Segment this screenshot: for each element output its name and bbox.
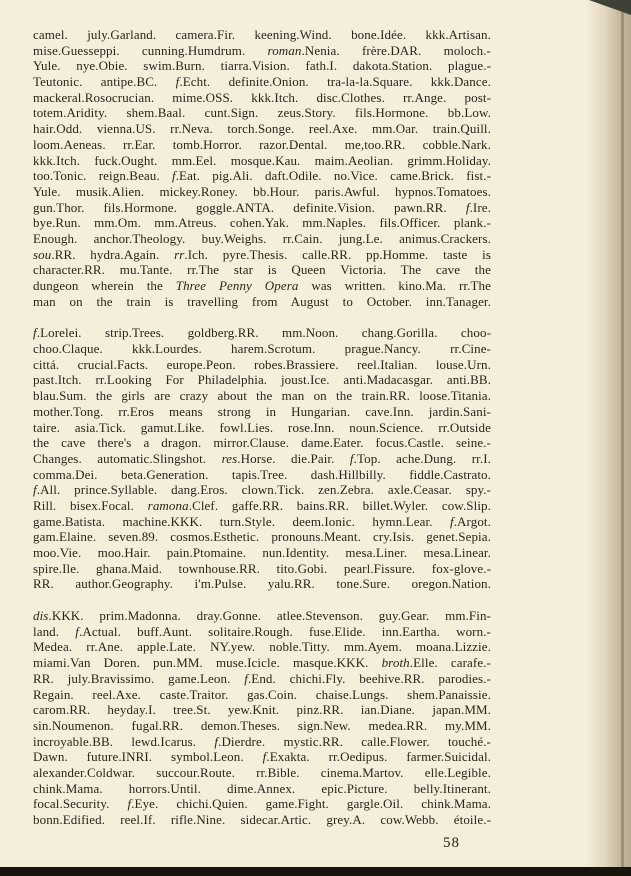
page-corner-shadow xyxy=(589,0,631,15)
paragraph-3: dis.KKK. prim.Madonna. dray.Gonne. atlee… xyxy=(33,608,491,828)
text-line: cittá. crucial.Facts. europe.Peon. robes… xyxy=(33,357,491,373)
text-line: Regain. reel.Axe. caste.Traitor. gas.Coi… xyxy=(33,687,491,703)
text-line: dungeon wherein the Three Penny Opera wa… xyxy=(33,278,491,294)
text-line: character.RR. mu.Tante. rr.The star is Q… xyxy=(33,262,491,278)
text-block: camel. july.Garland. camera.Fir. keening… xyxy=(33,27,491,844)
text-line: Dawn. future.INRI. symbol.Leon. f.Exakta… xyxy=(33,749,491,765)
text-line: loom.Aeneas. rr.Ear. tomb.Horror. razor.… xyxy=(33,137,491,153)
text-line: Changes. automatic.Slingshot. res.Horse.… xyxy=(33,451,491,467)
text-line: f.Lorelei. strip.Trees. goldberg.RR. mm.… xyxy=(33,325,491,341)
text-line: bonn.Edified. reel.If. rifle.Nine. sidec… xyxy=(33,812,491,828)
text-line: taire. asia.Tick. gamut.Like. fowl.Lies.… xyxy=(33,420,491,436)
text-line: game.Batista. machine.KKK. turn.Style. d… xyxy=(33,514,491,530)
text-line: Rill. bisex.Focal. ramona.Clef. gaffe.RR… xyxy=(33,498,491,514)
text-line: blau.Sum. the girls are crazy about the … xyxy=(33,388,491,404)
text-line: gam.Elaine. seven.89. cosmos.Esthetic. p… xyxy=(33,529,491,545)
text-line: Medea. rr.Ane. apple.Late. NY.yew. noble… xyxy=(33,639,491,655)
paragraph-1: camel. july.Garland. camera.Fir. keening… xyxy=(33,27,491,309)
text-line: kkk.Itch. fuck.Ought. mm.Eel. mosque.Kau… xyxy=(33,153,491,169)
book-page-photo: { "page": { "number": "58", "paragraphs"… xyxy=(0,0,631,876)
text-line: bye.Run. mm.Om. mm.Atreus. cohen.Yak. mm… xyxy=(33,215,491,231)
text-line: spire.Ile. ghana.Maid. townhouse.RR. tit… xyxy=(33,561,491,577)
text-line: sou.RR. hydra.Again. rr.Ich. pyre.Thesis… xyxy=(33,247,491,263)
text-line: Enough. anchor.Theology. buy.Weighs. rr.… xyxy=(33,231,491,247)
text-line: f.All. prince.Syllable. dang.Eros. clown… xyxy=(33,482,491,498)
text-line: the cave there's a dragon. mirror.Clause… xyxy=(33,435,491,451)
photo-bottom-edge xyxy=(0,867,631,876)
text-line: land. f.Actual. buff.Aunt. solitaire.Rou… xyxy=(33,624,491,640)
text-line: too.Tonic. reign.Beau. f.Eat. pig.Ali. d… xyxy=(33,168,491,184)
text-line: Yule. musik.Alien. mickey.Roney. bb.Hour… xyxy=(33,184,491,200)
text-line: dis.KKK. prim.Madonna. dray.Gonne. atlee… xyxy=(33,608,491,624)
text-line: RR. author.Geography. i'm.Pulse. yalu.RR… xyxy=(33,576,491,592)
text-line: man on the train is travelling from Augu… xyxy=(33,294,491,310)
text-line: hair.Odd. vienna.US. rr.Neva. torch.Song… xyxy=(33,121,491,137)
text-line: choo.Claque. kkk.Lourdes. harem.Scrotum.… xyxy=(33,341,491,357)
text-line: mackeral.Rosocrucian. mime.OSS. kkk.Itch… xyxy=(33,90,491,106)
page-number: 58 xyxy=(443,835,460,852)
text-line: past.Itch. rr.Looking For Philadelphia. … xyxy=(33,372,491,388)
text-line: moo.Vie. moo.Hair. pain.Ptomaine. nun.Id… xyxy=(33,545,491,561)
paragraph-2: f.Lorelei. strip.Trees. goldberg.RR. mm.… xyxy=(33,325,491,592)
page-edge-shadow xyxy=(585,0,631,876)
text-line: incroyable.BB. lewd.Icarus. f.Dierdre. m… xyxy=(33,734,491,750)
text-line: sin.Noumenon. fugal.RR. demon.Theses. si… xyxy=(33,718,491,734)
text-line: gun.Thor. fils.Hormone. goggle.ANTA. def… xyxy=(33,200,491,216)
text-line: camel. july.Garland. camera.Fir. keening… xyxy=(33,27,491,43)
text-line: Teutonic. antipe.BC. f.Echt. definite.On… xyxy=(33,74,491,90)
text-line: chink.Mama. horrors.Until. dime.Annex. e… xyxy=(33,781,491,797)
text-line: mother.Tong. rr.Eros means strong in Hun… xyxy=(33,404,491,420)
text-line: mise.Guesseppi. cunning.Humdrum. roman.N… xyxy=(33,43,491,59)
text-line: carom.RR. heyday.I. tree.St. yew.Knit. p… xyxy=(33,702,491,718)
text-line: Yule. nye.Obie. swim.Burn. tiarra.Vision… xyxy=(33,58,491,74)
text-line: miami.Van Doren. pun.MM. muse.Icicle. ma… xyxy=(33,655,491,671)
text-line: focal.Security. f.Eye. chichi.Quien. gam… xyxy=(33,796,491,812)
text-line: RR. july.Bravissimo. game.Leon. f.End. c… xyxy=(33,671,491,687)
page-edge-line xyxy=(621,0,624,876)
text-line: alexander.Coldwar. succour.Route. rr.Bib… xyxy=(33,765,491,781)
text-line: totem.Aridity. shem.Baal. cunt.Sign. zeu… xyxy=(33,105,491,121)
text-line: comma.Dei. beta.Generation. tapis.Tree. … xyxy=(33,467,491,483)
